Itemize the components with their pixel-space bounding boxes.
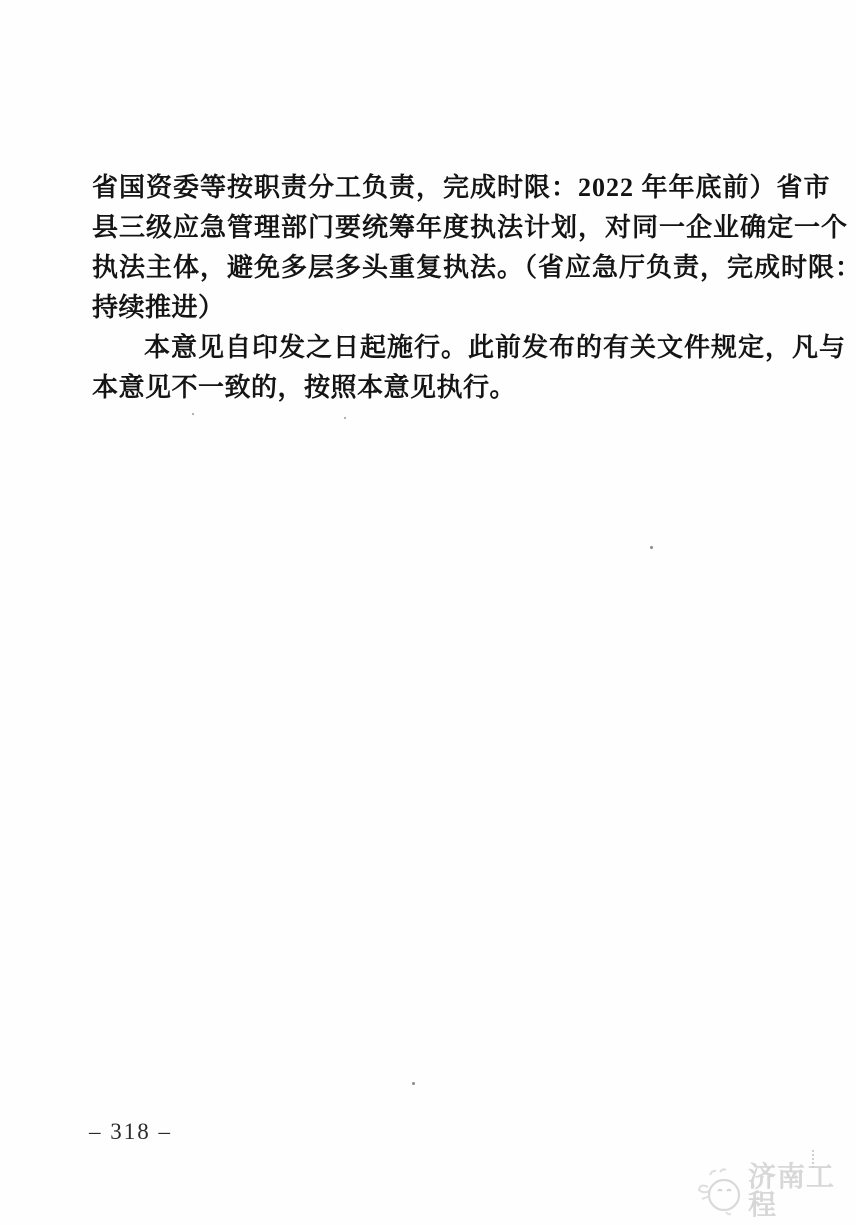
paragraph: 省国资委等按职责分工负责，完成时限：2022 年年底前）省市 县三级应急管理部门… [92, 168, 770, 328]
text-line: 县三级应急管理部门要统筹年度执法计划，对同一企业确定一个 [92, 208, 770, 248]
paragraph: 本意见自印发之日起施行。此前发布的有关文件规定，凡与 本意见不一致的，按照本意见… [92, 328, 770, 408]
text-line: 执法主体，避免多层多头重复执法。（省应急厅负责，完成时限： [92, 248, 770, 288]
page-number: – 318 – [89, 1119, 172, 1145]
text-line: 省国资委等按职责分工负责，完成时限：2022 年年底前）省市 [92, 168, 770, 208]
document-body: 省国资委等按职责分工负责，完成时限：2022 年年底前）省市 县三级应急管理部门… [92, 168, 770, 408]
watermark: 济南工程 [696, 1163, 856, 1219]
scan-speck [344, 417, 346, 419]
scan-speck [650, 546, 653, 549]
scan-speck [412, 1082, 415, 1085]
scan-speck [192, 413, 194, 415]
text-line: 本意见自印发之日起施行。此前发布的有关文件规定，凡与 [92, 328, 770, 368]
dotted-mark [812, 1150, 814, 1168]
watermark-text: 济南工程 [748, 1163, 856, 1219]
scanned-page: 省国资委等按职责分工负责，完成时限：2022 年年底前）省市 县三级应急管理部门… [0, 0, 856, 1225]
text-line: 持续推进） [92, 288, 770, 328]
text-line: 本意见不一致的，按照本意见执行。 [92, 368, 770, 408]
mascot-logo-icon [696, 1165, 746, 1217]
